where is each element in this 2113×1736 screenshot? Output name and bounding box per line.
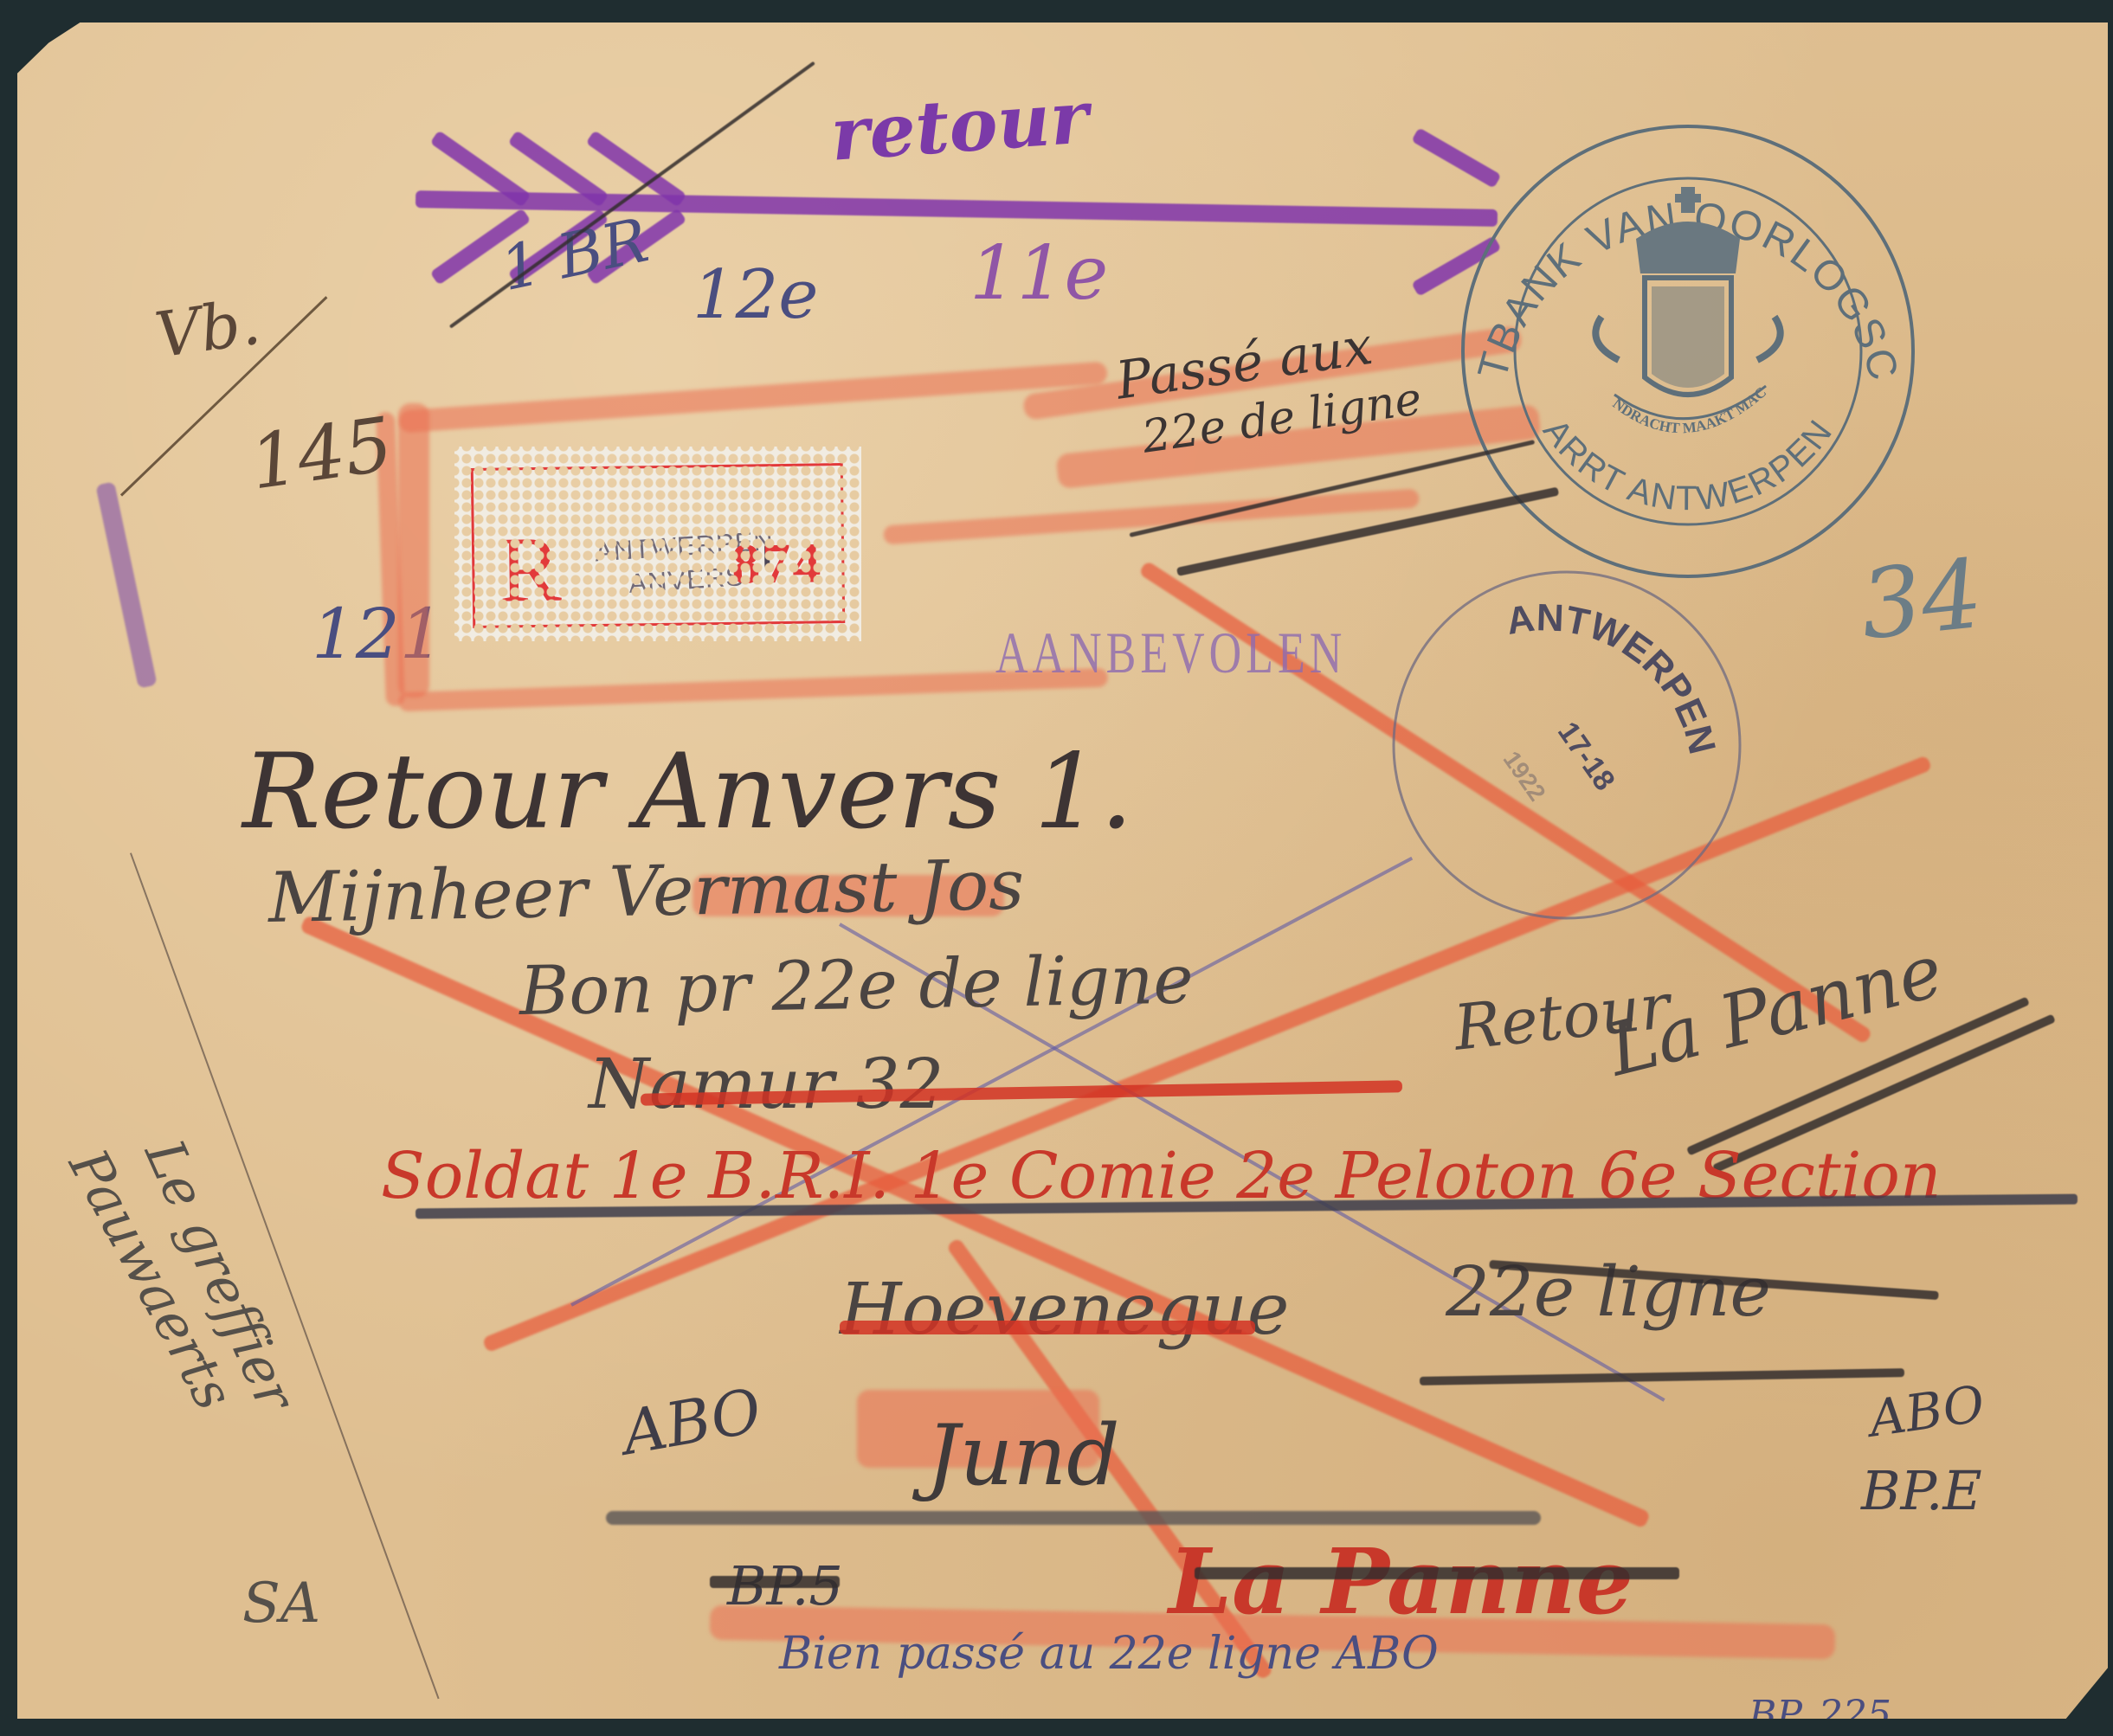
antwerpen-postmark: ANTWERPEN 17-18 1922 — [1376, 555, 1757, 936]
registered-handstamp: AANBEVOLEN — [995, 620, 1346, 687]
abo-right: ABO — [1865, 1374, 1987, 1449]
registration-number: 874 — [731, 530, 823, 597]
registration-frame: R ANTWERPEN ANVERS 874 — [471, 463, 846, 628]
address-line1: Mijnheer Vermast Jos — [267, 845, 1025, 938]
bottom-note: Bien passé au 22e ligne ABO — [779, 1628, 1439, 1680]
la-panne-bottom: La Panne — [1169, 1528, 1633, 1635]
retour-anvers-note: Retour Anvers 1. — [242, 732, 1133, 852]
mark-12e: 12e — [693, 256, 818, 334]
red-crayon-vertical — [398, 403, 429, 698]
strikethrough — [1195, 1567, 1679, 1579]
red-crayon-box-top — [398, 361, 1108, 433]
abo-left: ABO — [617, 1375, 766, 1469]
svg-text:1922: 1922 — [1498, 746, 1551, 806]
mark-11e: 11e — [970, 230, 1108, 317]
strikethrough — [710, 1576, 840, 1588]
purple-crayon-mark — [95, 481, 157, 688]
strikethrough — [1420, 1368, 1904, 1386]
address-line2: Bon pr 22e de ligne — [519, 941, 1194, 1031]
bpe-right: BP.E — [1861, 1459, 1982, 1522]
initials-bottom: SA — [242, 1572, 320, 1636]
hoevenegue-line: Hoevenegue — [840, 1269, 1289, 1351]
registration-label: R ANTWERPEN ANVERS 874 — [454, 447, 861, 641]
bottom-bp: BP. 225 — [1749, 1693, 1891, 1719]
la-panne-top: La Panne — [1600, 928, 1950, 1092]
red-strikethrough — [840, 1321, 1255, 1334]
retour-arrow-label: retour — [828, 74, 1092, 177]
mark-145: 145 — [245, 402, 397, 507]
envelope: retour 1 BR 12e 11e Vb. 145 121 34 R ANT… — [17, 23, 2108, 1719]
mark-vb: Vb. — [151, 286, 264, 372]
jund-word: Jund — [926, 1407, 1120, 1504]
grey-strikethrough — [606, 1511, 1541, 1525]
registration-letter: R — [499, 524, 563, 618]
svg-text:ANTWERPEN: ANTWERPEN — [1504, 596, 1723, 758]
svg-text:17-18: 17-18 — [1551, 716, 1621, 796]
court-seal: RECHTBANK VAN OORLOGSCHADE ARRT ANTWERPE… — [1454, 118, 1922, 585]
address-line3: Namur 32 — [589, 1044, 944, 1124]
